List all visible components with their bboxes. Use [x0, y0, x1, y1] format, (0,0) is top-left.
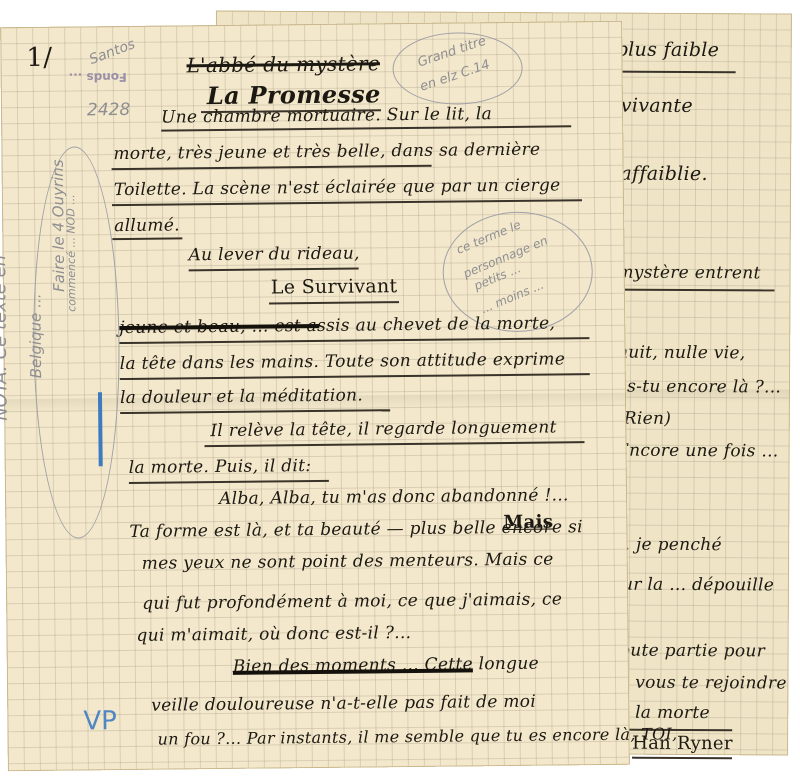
archive-stamp: Fonds ...	[69, 70, 127, 85]
pencil-note-vertical: Belgique ...	[26, 293, 45, 378]
blue-pencil-mark	[98, 392, 103, 466]
pencil-note-vertical: commencé ... NOD ...	[64, 194, 78, 312]
inserted-word: Mais	[503, 512, 553, 534]
text-line: qui fut profondément à moi, ce que j'aim…	[142, 589, 562, 613]
line-rule	[120, 373, 590, 379]
text-line: veille douloureuse n'a-t-elle pas fait d…	[151, 692, 536, 716]
page-number: 1/	[26, 43, 52, 73]
catalog-number: 2428	[87, 100, 130, 120]
line-rule	[189, 268, 359, 271]
text-line: la morte. Puis, il dit:	[129, 456, 312, 478]
line-rule	[112, 165, 432, 170]
back-line: ... vous te rejoindre	[612, 673, 786, 694]
blue-initials: VP	[83, 706, 117, 736]
text-line: qui m'aimait, où donc est-il ?...	[136, 623, 411, 646]
character-name: Le Survivant	[271, 275, 398, 298]
text-line: Il relève la tête, il regarde longuement	[210, 417, 557, 441]
manuscript-front-sheet: 1/ Santos Fonds ... 2428 L'abbé du mystè…	[0, 21, 630, 771]
line-rule	[269, 301, 399, 304]
back-line: Rien)	[624, 409, 671, 429]
line-rule	[119, 337, 589, 343]
text-line: mes yeux ne sont point des menteurs. Mai…	[142, 550, 554, 574]
back-line: toute partie pour	[613, 641, 766, 662]
text-line: Au lever du rideau,	[188, 244, 359, 266]
text-line: un fou ?... Par instants, il me semble q…	[157, 724, 677, 748]
text-line: la douleur et la méditation.	[120, 385, 363, 408]
back-line: plus faible	[616, 39, 720, 62]
back-line: sur la ... dépouille	[613, 575, 774, 596]
struck-title: L'abbé du mystère	[186, 51, 380, 77]
text-line: morte, très jeune et très belle, dans sa…	[113, 140, 540, 164]
text-line: Une chambre mortuaire. Sur le lit, la	[161, 104, 492, 127]
line-rule	[205, 441, 585, 446]
text-line: allumé.	[114, 215, 180, 236]
text-line: la tête dans les mains. Toute son attitu…	[120, 349, 566, 374]
text-line: Toilette. La scène n'est éclairée que pa…	[114, 175, 561, 200]
underline	[606, 71, 736, 73]
line-rule	[112, 237, 182, 239]
back-line: ... je penché	[613, 535, 722, 556]
pencil-note-santos: Santos	[87, 36, 137, 68]
pencil-note-vertical: NOTA: Ce texte en	[0, 255, 12, 421]
text-line: Alba, Alba, tu m'as donc abandonné !...	[219, 485, 569, 509]
line-rule	[112, 199, 582, 205]
line-rule	[129, 480, 329, 484]
signature-underline	[632, 757, 732, 759]
